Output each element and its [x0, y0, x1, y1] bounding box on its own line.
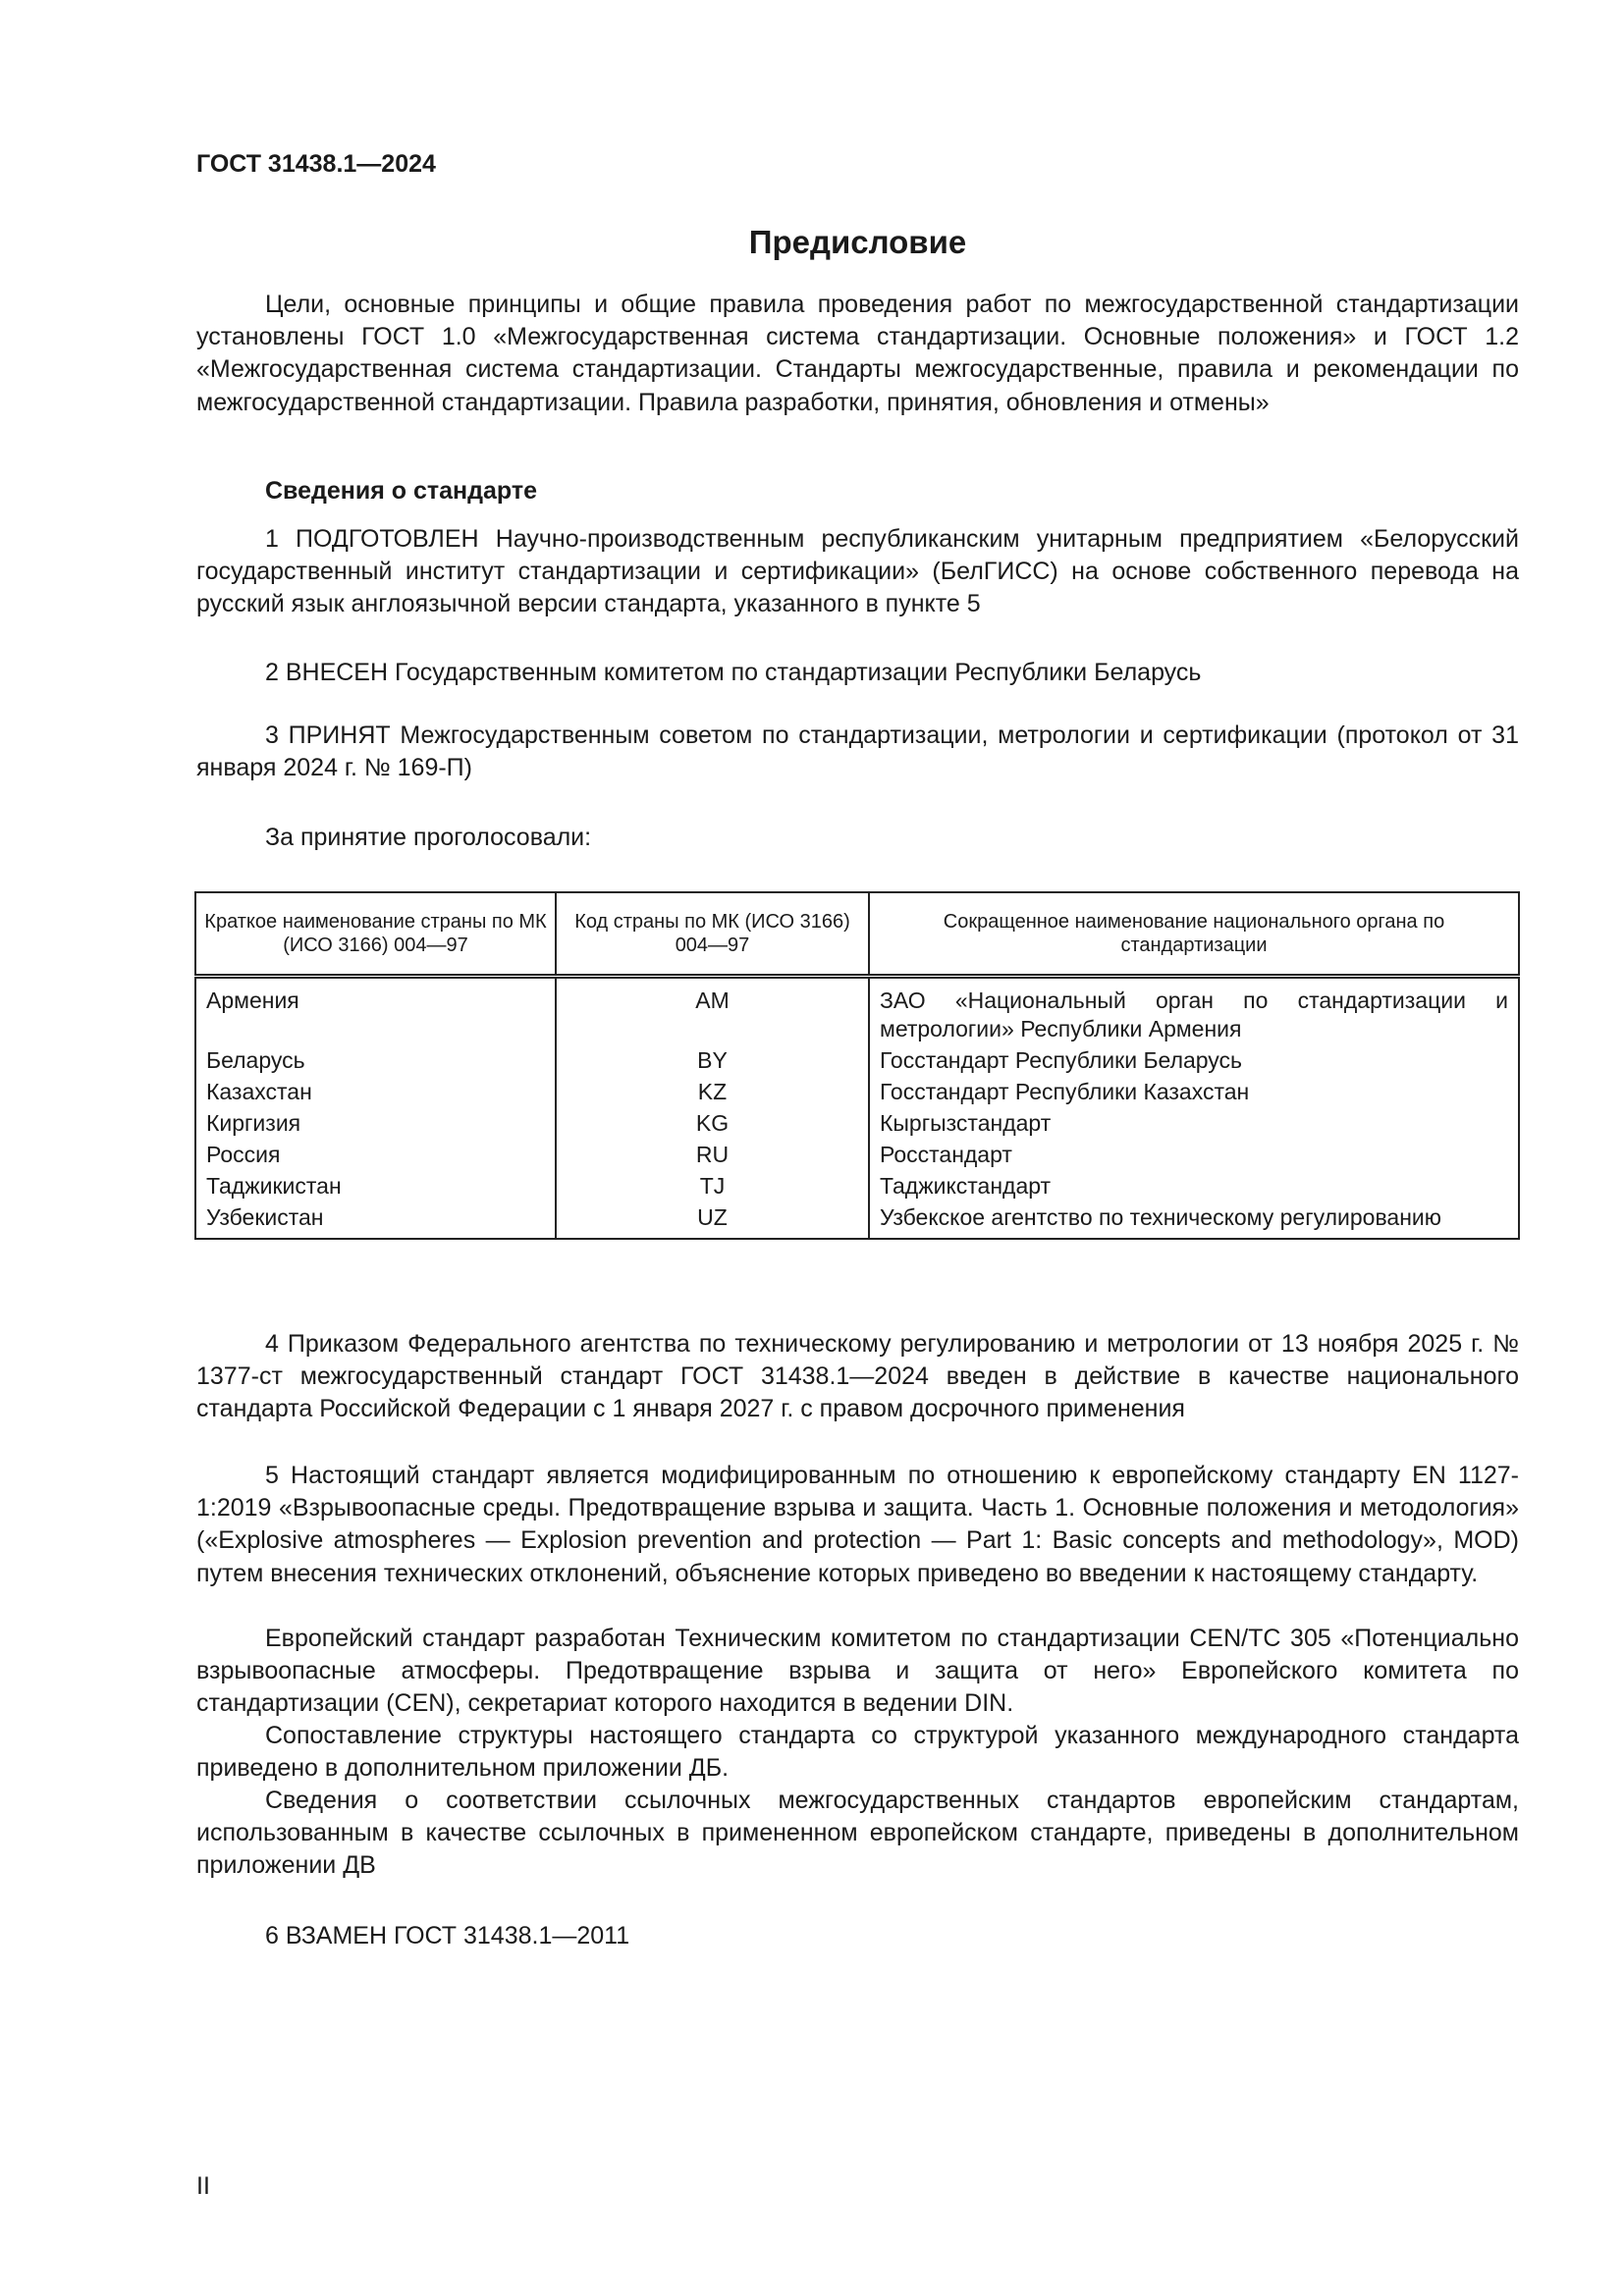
cell-organ: Росстандарт: [869, 1138, 1519, 1169]
column-header-country: Краткое наименование страны по МК (ИСО 3…: [195, 892, 556, 977]
voting-countries-table: Краткое наименование страны по МК (ИСО 3…: [194, 891, 1520, 1240]
document-code: ГОСТ 31438.1—2024: [196, 150, 436, 179]
item-2-submitted: 2 ВНЕСЕН Государственным комитетом по ст…: [196, 657, 1519, 689]
item-5-european-committee: Европейский стандарт разработан Техничес…: [196, 1623, 1519, 1721]
cell-organ: Таджикстандарт: [869, 1169, 1519, 1201]
table-header-row: Краткое наименование страны по МК (ИСО 3…: [195, 892, 1519, 977]
table-row: КазахстанKZГосстандарт Республики Казахс…: [195, 1075, 1519, 1106]
table-row: УзбекистанUZУзбекское агентство по техни…: [195, 1201, 1519, 1239]
page-number: II: [196, 2172, 210, 2201]
cell-code: AM: [556, 977, 869, 1044]
item-5-structure-comparison: Сопоставление структуры настоящего станд…: [196, 1720, 1519, 1785]
column-header-organ: Сокращенное наименование национального о…: [869, 892, 1519, 977]
cell-code: KZ: [556, 1075, 869, 1106]
cell-country: Россия: [195, 1138, 556, 1169]
cell-organ: ЗАО «Национальный орган по стандартизаци…: [869, 977, 1519, 1044]
cell-code: KG: [556, 1106, 869, 1138]
voted-label: За принятие проголосовали:: [196, 822, 1519, 854]
table-row: БеларусьBYГосстандарт Республики Беларус…: [195, 1043, 1519, 1075]
table-row: КиргизияKGКыргызстандарт: [195, 1106, 1519, 1138]
cell-country: Таджикистан: [195, 1169, 556, 1201]
cell-organ: Узбекское агентство по техническому регу…: [869, 1201, 1519, 1239]
cell-country: Киргизия: [195, 1106, 556, 1138]
item-5-references: Сведения о соответствии ссылочных межгос…: [196, 1785, 1519, 1883]
cell-country: Казахстан: [195, 1075, 556, 1106]
cell-country: Узбекистан: [195, 1201, 556, 1239]
item-3-adopted: 3 ПРИНЯТ Межгосударственным советом по с…: [196, 720, 1519, 784]
cell-organ: Госстандарт Республики Беларусь: [869, 1043, 1519, 1075]
cell-code: TJ: [556, 1169, 869, 1201]
cell-code: BY: [556, 1043, 869, 1075]
item-1-prepared: 1 ПОДГОТОВЛЕН Научно-производственным ре…: [196, 523, 1519, 621]
cell-organ: Кыргызстандарт: [869, 1106, 1519, 1138]
page-title: Предисловие: [0, 224, 1624, 261]
table-row: АрменияAMЗАО «Национальный орган по стан…: [195, 977, 1519, 1044]
cell-organ: Госстандарт Республики Казахстан: [869, 1075, 1519, 1106]
item-4-order: 4 Приказом Федерального агентства по тех…: [196, 1328, 1519, 1426]
table-row: РоссияRUРосстандарт: [195, 1138, 1519, 1169]
cell-code: UZ: [556, 1201, 869, 1239]
cell-country: Беларусь: [195, 1043, 556, 1075]
cell-country: Армения: [195, 977, 556, 1044]
item-5-modified: 5 Настоящий стандарт является модифициро…: [196, 1460, 1519, 1590]
column-header-code: Код страны по МК (ИСО 3166) 004—97: [556, 892, 869, 977]
item-6-replaces: 6 ВЗАМЕН ГОСТ 31438.1—2011: [196, 1920, 1519, 1952]
cell-code: RU: [556, 1138, 869, 1169]
intro-paragraph: Цели, основные принципы и общие правила …: [196, 289, 1519, 419]
table-row: ТаджикистанTJТаджикстандарт: [195, 1169, 1519, 1201]
section-heading: Сведения о стандарте: [196, 475, 1519, 507]
